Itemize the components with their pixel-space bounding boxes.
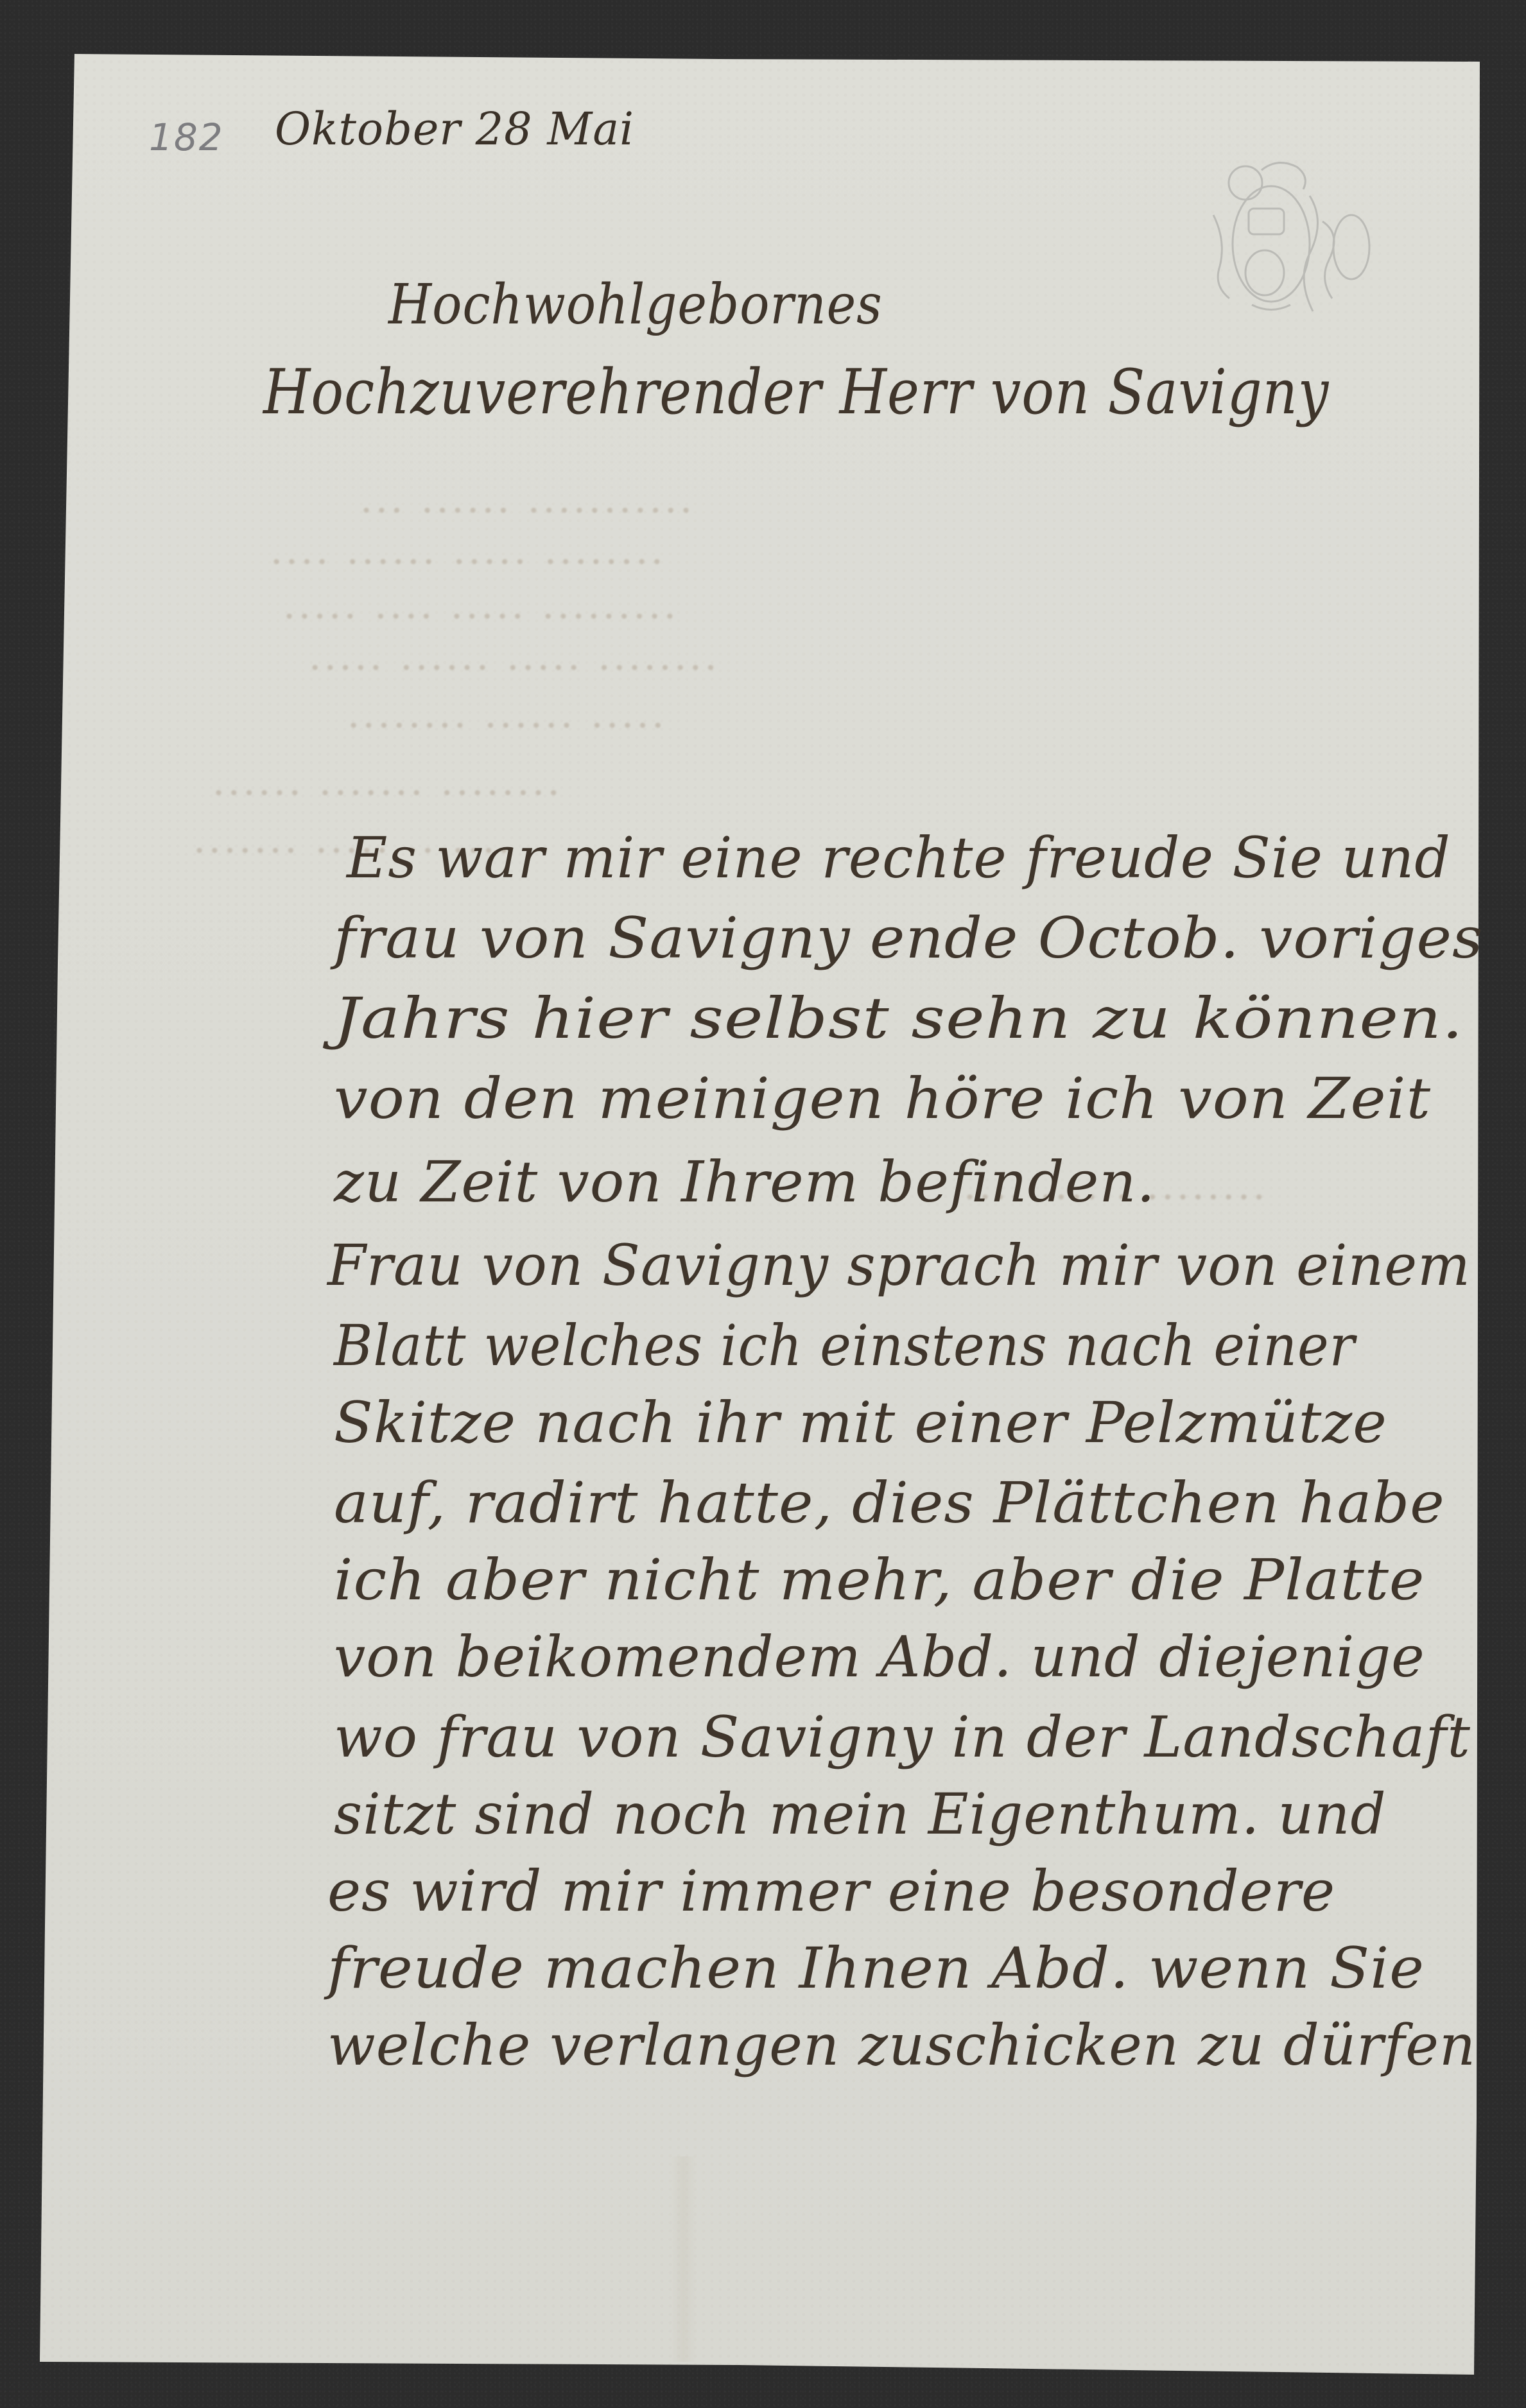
salutation-line-1: Hochwohlgebornes xyxy=(388,273,883,337)
folio-number: 182 xyxy=(149,116,224,159)
body-line: ich aber nicht mehr, aber die Platte xyxy=(334,1547,1425,1613)
letter-page: ........... ...... ... ........ ..... ..… xyxy=(0,0,1526,2408)
body-line: von den meinigen höre ich von Zeit xyxy=(334,1065,1431,1131)
show-through-line: ........ ....... ...... xyxy=(208,757,566,804)
body-line: wo frau von Savigny in der Landschaft xyxy=(334,1704,1471,1770)
body-line: auf, radirt hatte, dies Plättchen habe xyxy=(334,1470,1445,1536)
body-line: Frau von Savigny sprach mir von einem xyxy=(327,1232,1471,1298)
body-line: zu Zeit von Ihrem befinden. xyxy=(334,1149,1156,1215)
body-line: von beikomendem Abd. und diejenige xyxy=(334,1624,1425,1690)
body-line: Blatt welches ich einstens nach einer xyxy=(334,1312,1355,1379)
embossed-seal-icon xyxy=(1201,157,1374,318)
show-through-line: ......... ..... .... ..... xyxy=(279,581,682,628)
body-line: Es war mir eine rechte freude Sie und xyxy=(347,825,1451,891)
body-line: sitzt sind noch mein Eigenthum. und xyxy=(334,1781,1387,1847)
fold-mark xyxy=(671,2156,697,2362)
body-line: freude machen Ihnen Abd. wenn Sie xyxy=(327,1935,1425,2001)
body-line: Jahrs hier selbst sehn zu können. xyxy=(334,985,1464,1051)
body-line: Skitze nach ihr mit einer Pelzmütze xyxy=(334,1389,1387,1456)
show-through-line: ........... ...... ... xyxy=(356,475,698,522)
show-through-line: ........ ..... ...... .... xyxy=(266,526,670,573)
show-through-line: ..... ...... ........ xyxy=(343,690,671,737)
show-through-line: ........ ..... ...... ..... xyxy=(304,632,724,679)
salutation-line-2: Hochzuverehrender Herr von Savigny xyxy=(263,356,1329,428)
body-line: welche verlangen zuschicken zu dürfen xyxy=(327,2012,1476,2078)
body-line: es wird mir immer eine besondere xyxy=(327,1858,1335,1924)
body-line: frau von Savigny ende Octob. voriges xyxy=(334,905,1483,971)
archive-note: Oktober 28 Mai xyxy=(275,103,634,155)
